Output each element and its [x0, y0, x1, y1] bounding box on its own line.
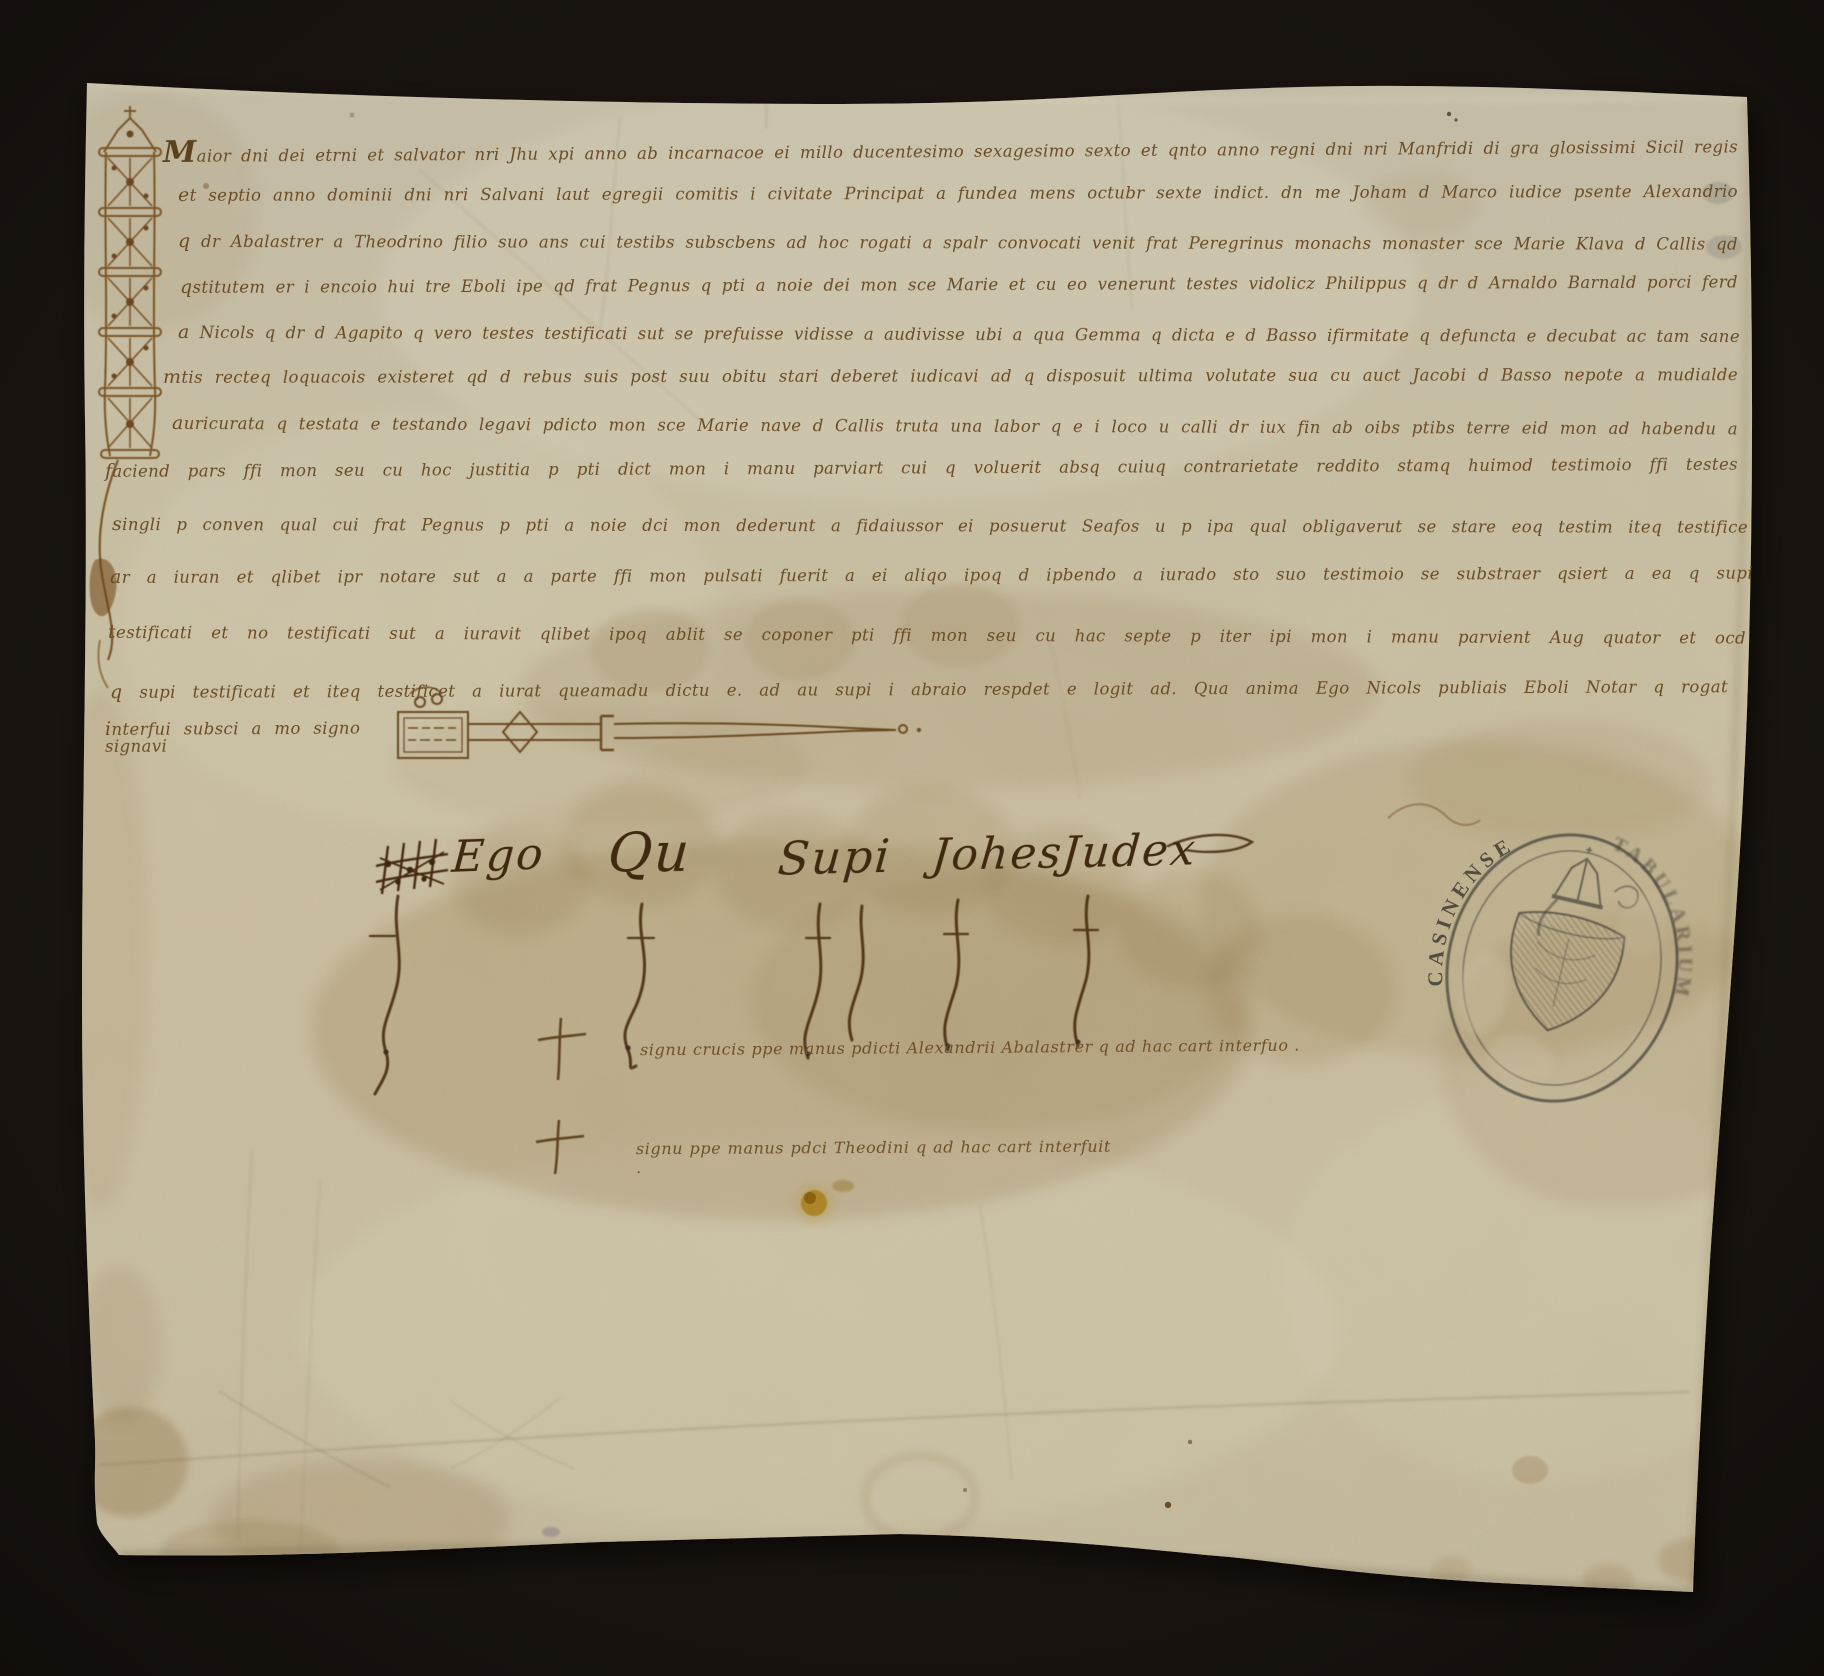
photograph: CASINENSE TABULARIUM — [0, 0, 1824, 1676]
parchment-artwork: CASINENSE TABULARIUM — [0, 0, 1824, 1676]
